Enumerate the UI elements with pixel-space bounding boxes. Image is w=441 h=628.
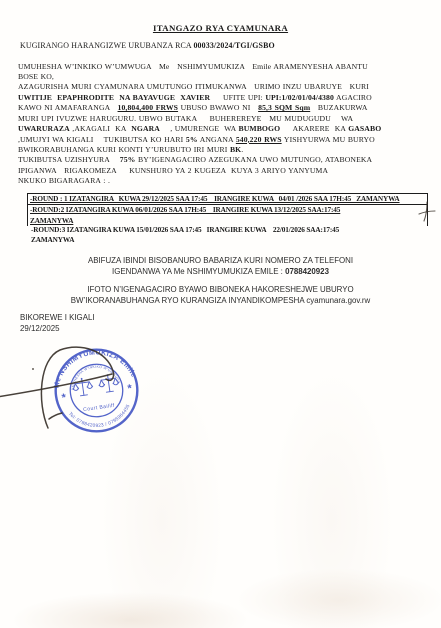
text-segment: 10,804,400 FRWS	[118, 103, 179, 112]
text-segment: 85,3 SQM Sqm	[258, 103, 310, 112]
text-segment: UFITE UPI:	[210, 93, 265, 102]
text-segment: .	[241, 145, 243, 154]
case-reference-line: KUGIRANGO HARANGIZWE URUBANZA RCA 00033/…	[20, 41, 275, 50]
body-line: UWARURAZA ,AKAGALI KA NGARA , UMURENGE W…	[18, 124, 434, 134]
auction-round-row: -ROUND:2 IZATANGIRA KUWA 06/01/2026 SAA …	[28, 205, 427, 215]
text-segment: 00033/2024/TGI/GSBO	[193, 41, 274, 50]
document-title: ITANGAZO RYA CYAMUNARA	[0, 23, 441, 33]
text-segment: BWIKORABUHANGA KURI KONTI Y’URUBUTO IRI …	[18, 145, 230, 154]
text-segment: , UMURENGE WA	[160, 124, 239, 133]
text-segment: 5%	[186, 135, 198, 144]
text-segment: KAWO NI AMAFARANGA	[18, 103, 118, 112]
body-line: TUKIBUTSA UZISHYURA 75% BY’IGENAGACIRO A…	[18, 155, 434, 165]
text-segment: BUZAKURWA	[310, 103, 367, 112]
text-segment: TUKIBUTSA UZISHYURA	[18, 155, 120, 164]
text-segment: UWARURAZA	[18, 124, 70, 133]
body-line: MURI UPI IVUZWE HARUGURU. UBWO BUTAKA BU…	[18, 114, 434, 124]
signoff-place: BIKOREWE I KIGALI	[20, 313, 95, 324]
text-segment: 75%	[120, 155, 136, 164]
text-segment: IPIGANWA RIGAKOMEZA KUNSHURO YA 2 KUGEZA…	[18, 166, 328, 175]
text-segment: 0788420923	[285, 267, 329, 276]
body-line: IPIGANWA RIGAKOMEZA KUNSHURO YA 2 KUGEZA…	[18, 166, 434, 176]
text-segment: KUGIRANGO HARANGIZWE URUBANZA RCA	[20, 41, 193, 50]
auction-round-row: -ROUND : 1 IZATANGIRA KUWA 29/12/2025 SA…	[28, 194, 427, 205]
text-segment: ,AKAGALI KA	[70, 124, 131, 133]
scanned-auction-notice-page: ITANGAZO RYA CYAMUNARA KUGIRANGO HARANGI…	[0, 0, 441, 628]
text-segment: NKUKO BIGARAGARA : .	[18, 176, 110, 185]
body-line: UWITIJE EPAPHRODITE NA BAYAVUGE XAVIER U…	[18, 93, 434, 103]
court-bailiff-stamp: Me NSHIMYUMUKIZA Emile Tel: 0788420923 /…	[33, 327, 160, 454]
body-line: BOSE KO,	[18, 72, 434, 82]
stamp-star-left-icon: *	[61, 392, 68, 405]
body-line: BWIKORABUHANGA KURI KONTI Y’URUBUTO IRI …	[18, 145, 434, 155]
text-segment: BY’IGENAGACIRO AZEGUKANA UWO MUTUNGO, AT…	[135, 155, 372, 164]
text-segment: BUMBOGO	[238, 124, 280, 133]
auction-round-row: -ROUND:3 IZATANGIRA KUWA 15/01/2026 SAA …	[29, 225, 339, 235]
stamp-court-bailiff-text: Court Bailiff	[83, 403, 115, 413]
text-segment: MURI UPI IVUZWE HARUGURU. UBWO BUTAKA BU…	[18, 114, 353, 123]
text-segment: UMUHESHA W’INKIKO W’UMWUGA Me NSHIMYUMUK…	[18, 62, 368, 71]
text-segment: AGACIRO	[334, 93, 372, 102]
text-segment: UWITIJE EPAPHRODITE NA BAYAVUGE XAVIER	[18, 93, 210, 102]
announcement-body: UMUHESHA W’INKIKO W’UMWUGA Me NSHIMYUMUK…	[18, 62, 434, 187]
body-line: KAWO NI AMAFARANGA 10,804,400 FRWS UBUSO…	[18, 103, 434, 113]
contact-info-block: ABIFUZA IBINDI BISOBANURO BABARIZA KURI …	[0, 256, 441, 277]
contact-line-1: ABIFUZA IBINDI BISOBANURO BABARIZA KURI …	[0, 256, 441, 267]
auction-rounds-table: -ROUND : 1 IZATANGIRA KUWA 29/12/2025 SA…	[27, 193, 428, 226]
text-segment: NGARA	[131, 124, 160, 133]
text-segment: BK	[230, 145, 241, 154]
text-segment: 540,220 RWS	[236, 135, 282, 144]
contact-line-2: IGENDANWA YA Me NSHIMYUMUKIZA EMILE : 07…	[0, 267, 441, 278]
body-line: NKUKO BIGARAGARA : .	[18, 176, 434, 186]
text-segment: IGENDANWA YA Me NSHIMYUMUKIZA EMILE :	[112, 267, 285, 276]
text-segment: YISHYURWA MU BURYO	[282, 135, 375, 144]
text-segment: ,UMUJYI WA KIGALI TUKIBUTSA KO HARI	[18, 135, 186, 144]
body-line: ,UMUJYI WA KIGALI TUKIBUTSA KO HARI 5% A…	[18, 135, 434, 145]
body-line: UMUHESHA W’INKIKO W’UMWUGA Me NSHIMYUMUK…	[18, 62, 434, 72]
stamp-inner-title-text: UMUHESHA W'INKIKO W'UMWUGA	[68, 361, 122, 391]
text-segment: UPI:1/02/01/04/4380	[265, 93, 334, 102]
photo-valuation-note: IFOTO N’IGENAGACIRO BYAWO BIBONEKA HAKOR…	[0, 285, 441, 306]
auction-round-row: ZAMANYWA	[29, 235, 339, 245]
text-segment: UBUSO BWAWO NI	[178, 103, 258, 112]
text-segment: AZAGURISHA MURI CYAMUNARA UMUTUNGO ITIMU…	[18, 82, 369, 91]
stamp-star-right-icon: *	[127, 383, 134, 396]
body-line: AZAGURISHA MURI CYAMUNARA UMUTUNGO ITIMU…	[18, 82, 434, 92]
text-segment: GASABO	[348, 124, 381, 133]
photo-note-line-1: IFOTO N’IGENAGACIRO BYAWO BIBONEKA HAKOR…	[0, 285, 441, 296]
auction-rounds-continued: -ROUND:3 IZATANGIRA KUWA 15/01/2026 SAA …	[29, 225, 339, 246]
text-segment: BOSE KO,	[18, 72, 54, 81]
stamp-ink-group: Me NSHIMYUMUKIZA Emile Tel: 0788420923 /…	[49, 344, 144, 437]
text-segment: ANGANA	[198, 135, 236, 144]
photo-note-line-2: BW’IKORANABUHANGA RYO KURANGIZA INYANDIK…	[0, 296, 441, 307]
text-segment: AKARERE KA	[280, 124, 348, 133]
